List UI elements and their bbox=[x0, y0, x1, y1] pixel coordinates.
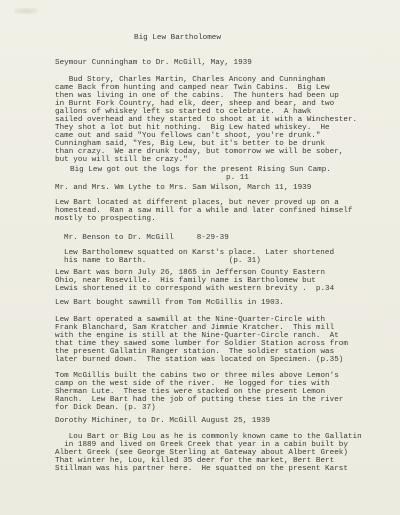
document-title: Big Lew Bartholomew bbox=[134, 34, 221, 43]
section-heading: Seymour Cunningham to Dr. McGill, May, 1… bbox=[55, 59, 252, 68]
text-line: but you will still be crazy." bbox=[55, 156, 188, 165]
text-line: Stillman was his partner here. He squatt… bbox=[55, 465, 348, 474]
paper-smudge bbox=[14, 8, 38, 14]
section-heading: Mr. Benson to Dr. McGill 8-29-39 bbox=[64, 234, 229, 243]
text-line: later burned down. The station was locat… bbox=[55, 356, 343, 365]
text-line: for Dick Dean. (p. 37) bbox=[55, 404, 156, 413]
text-line: mostly to prospecting. bbox=[55, 215, 156, 224]
note-line: Big Lew got out the logs for the present… bbox=[70, 166, 331, 175]
section-heading: Mr. and Mrs. Wm Lythe to Mrs. Sam Wilson… bbox=[55, 184, 311, 193]
typed-document-page: Big Lew Bartholomew Seymour Cunningham t… bbox=[0, 0, 400, 515]
text-line: Lew Bart bought sawmill from Tom McGilli… bbox=[55, 299, 284, 308]
page-reference: p. 11 bbox=[226, 174, 249, 183]
text-line: Lewis shortened it to correspond with we… bbox=[55, 285, 334, 294]
text-line: his name to Barth. (p. 31) bbox=[64, 257, 261, 266]
section-heading: Dorothy Michiner, to Dr. McGill August 2… bbox=[55, 417, 270, 426]
